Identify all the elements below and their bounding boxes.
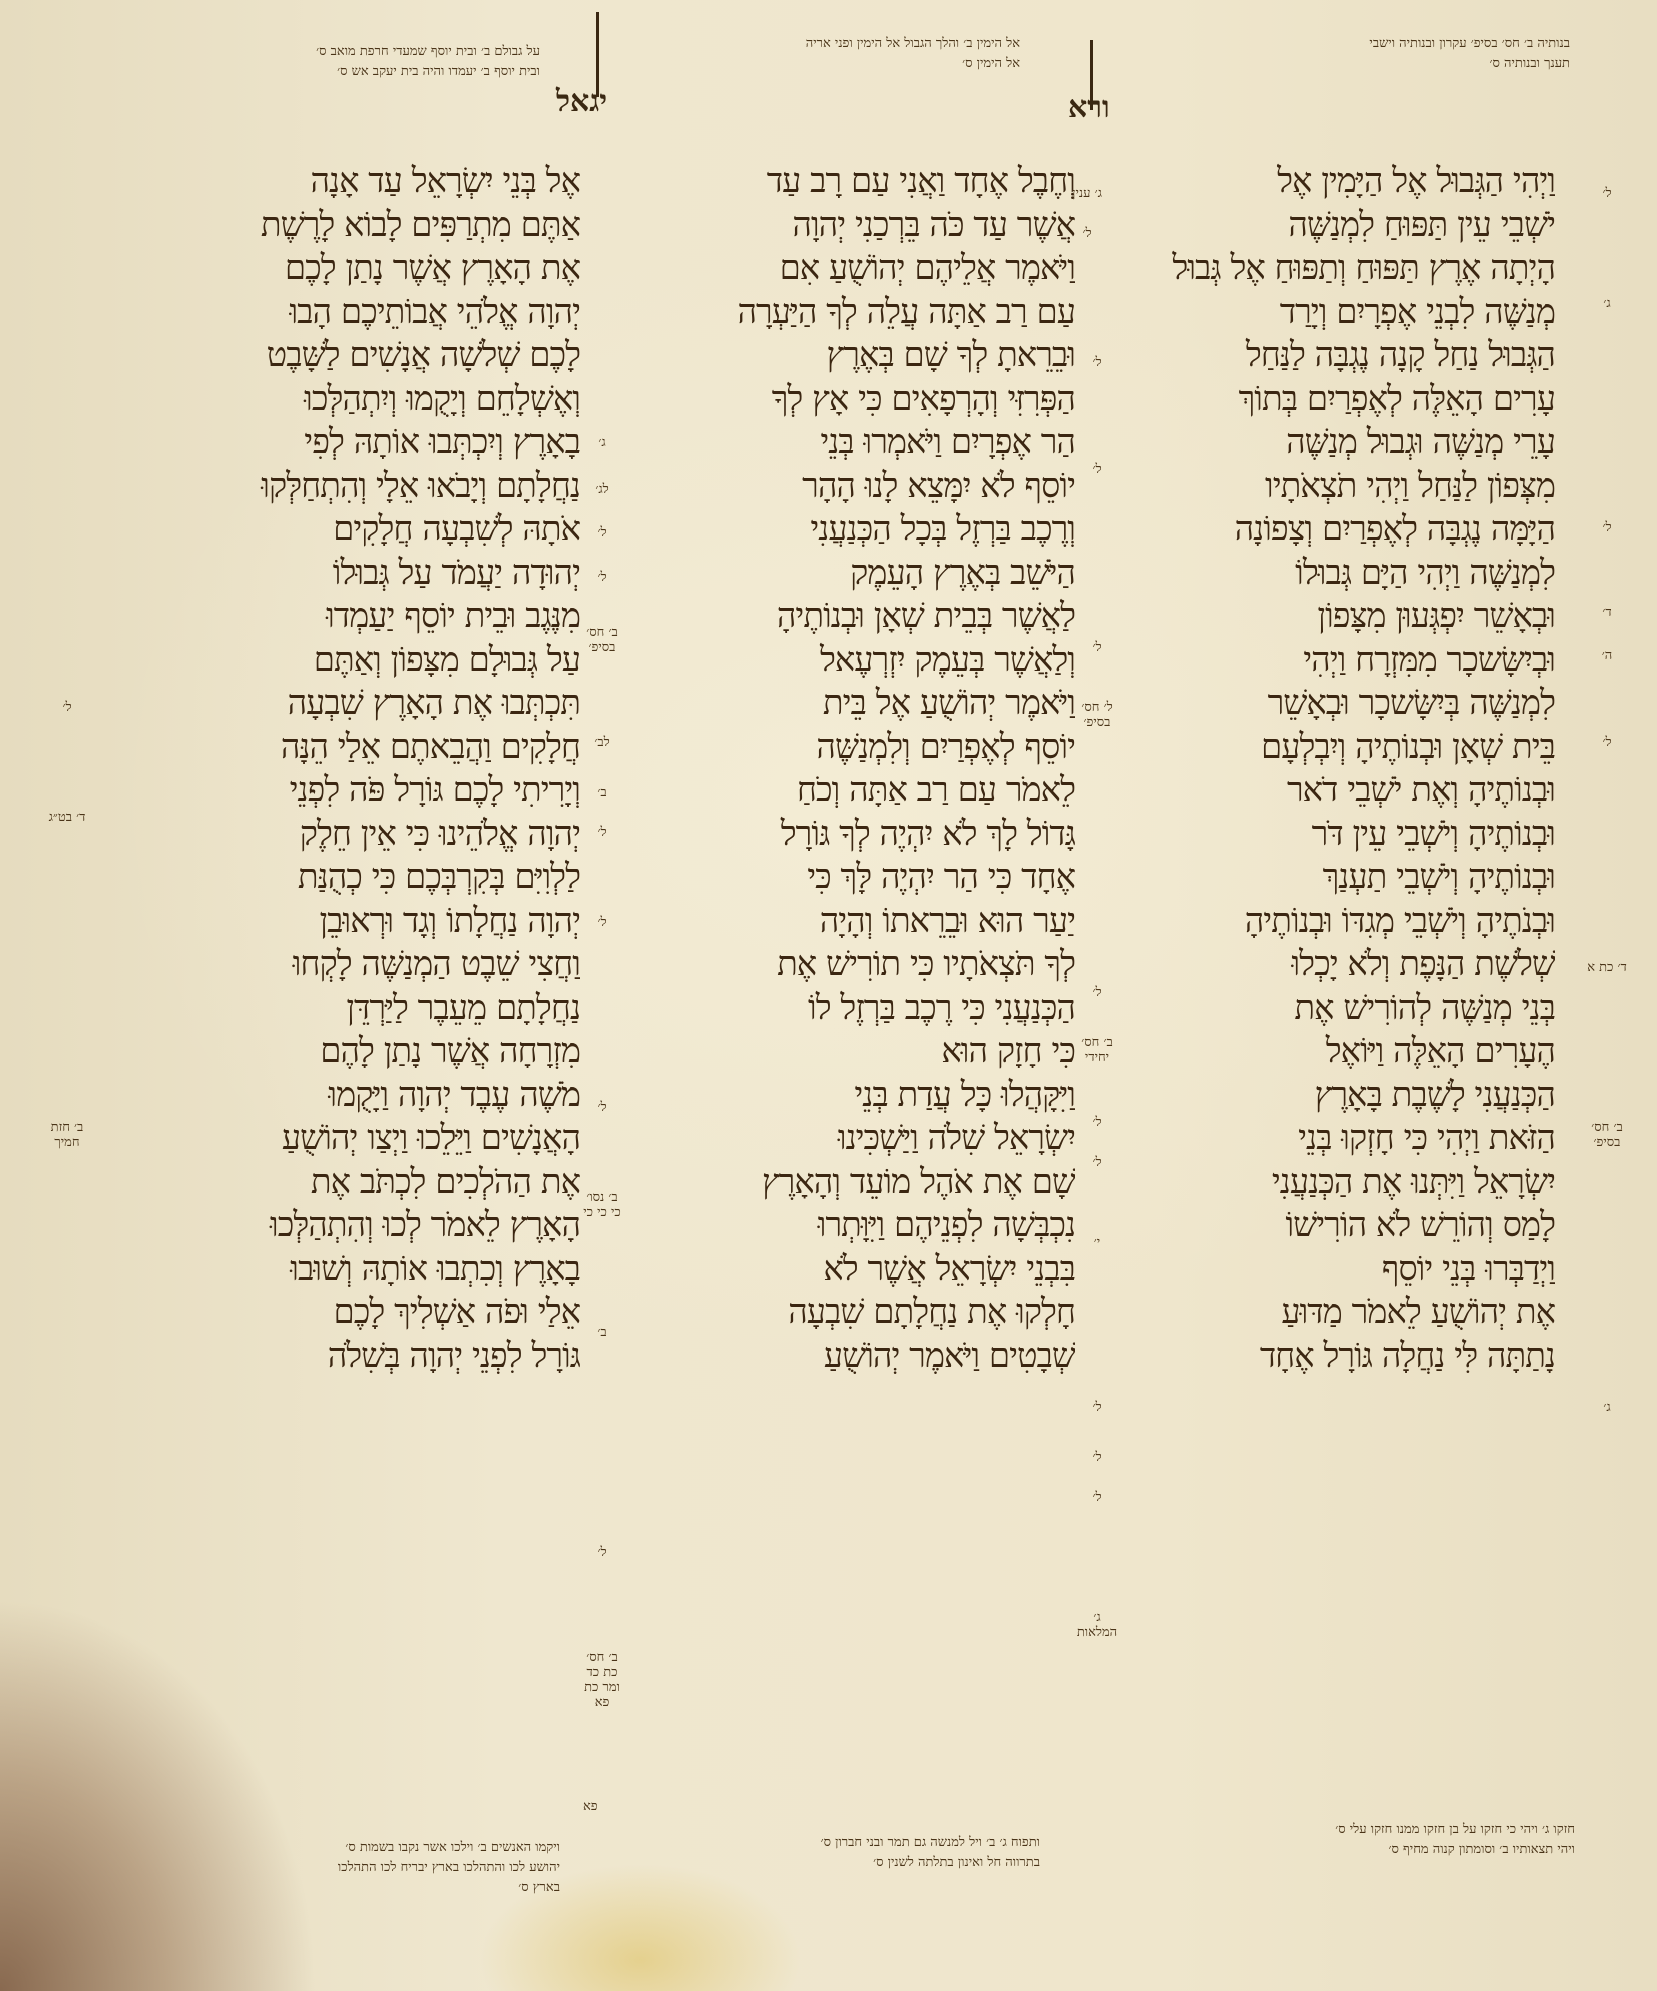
masora-parva-note: לג׳ [580, 482, 624, 497]
text-line: לַלְוִיִּם בְּקִרְבְּכֶם כִּי כְהֻנַּת [130, 856, 580, 900]
text-line: שְׁבָטִים וַיֹּאמֶר יְהוֹשֻׁעַ [635, 1335, 1075, 1379]
text-line: וּבְאָשֵׁר יִפְגְּעוּן מִצָּפוֹן [1110, 595, 1555, 639]
text-line: הָאָרֶץ לֵאמֹר לְכוּ וְהִתְהַלְּכוּ [130, 1204, 580, 1248]
text-column-left: אֶל בְּנֵי יִשְׂרָאֵל עַד אָנָהאַתֶּם מִ… [130, 160, 580, 1378]
masora-parva-note: ב׳ נסו׳ כי כי כי [580, 1190, 624, 1220]
text-line: לָכֶם שְׁלֹשָׁה אֲנָשִׁים לַשָּׁבֶט [130, 334, 580, 378]
masora-line: בארץ ס׳ [40, 1878, 560, 1898]
text-line: וְלַאֲשֶׁר בְּעֵמֶק יִזְרְעֶאל [635, 639, 1075, 683]
text-line: נַחֲלָתָם וְיָבֹאוּ אֵלָי וְהִתְחַלְּקוּ [130, 465, 580, 509]
text-line: בָאָרֶץ וְכִתְבוּ אוֹתָהּ וְשׁוּבוּ [130, 1248, 580, 1292]
masora-line: ותפוח ג׳ ב׳ ויל למנשה גם תמר ובני חברון … [560, 1833, 1040, 1853]
folio-marker: פא [583, 1798, 598, 1814]
text-line: וּבְנֹתֶיהָ וְיֹשְׁבֵי מְגִדּוֹ וּבְנוֹת… [1110, 900, 1555, 944]
text-line: לְךָ תֹּצְאֹתָיו כִּי תוֹרִישׁ אֶת [635, 943, 1075, 987]
text-line: הֶעָרִים הָאֵלֶּה וַיּוֹאֶל [1110, 1030, 1555, 1074]
bottom-masora-left: ויקמו האנשים ב׳ וילכו אשר נקבו בשמות ס׳ … [40, 1838, 560, 1898]
text-line: אֵלַי וּפֹה אַשְׁלִיךְ לָכֶם [130, 1291, 580, 1335]
text-line: הַזֹּאת וַיְהִי כִּי חָזְקוּ בְּנֵי [1110, 1117, 1555, 1161]
text-line: וּבֵרֵאתָ לְךָ שָׁם בְּאֶרֶץ [635, 334, 1075, 378]
text-line: יְהוָה אֱלֹהֵינוּ כִּי אֵין חֵלֶק [130, 813, 580, 857]
text-line: עָרֵי מְנַשֶּׁה וּגְבוּל מְנַשֶּׁה [1110, 421, 1555, 465]
masora-parva-note: ג׳ [580, 435, 624, 450]
text-line: חֲלָקִים וַהֲבֵאתֶם אֵלַי הֵנָּה [130, 726, 580, 770]
masora-line: תענך ובנותיה ס׳ [1050, 54, 1570, 74]
text-line: גָּדוֹל לָךְ לֹא יִהְיֶה לְךָ גּוֹרָל [635, 813, 1075, 857]
masora-parva-note: ג׳ [1585, 1400, 1629, 1415]
text-line: וַיֹּאמֶר אֲלֵיהֶם יְהוֹשֻׁעַ אִם [635, 247, 1075, 291]
text-line: אֶת הַהֹלְכִים לִכְתֹּב אֶת [130, 1161, 580, 1205]
masora-parva-note: ל׳ [1075, 355, 1119, 370]
bottom-masora-right: חזקו ג׳ ויהי כי חזקו על בן חזקו ממנו חזק… [1085, 1820, 1575, 1860]
text-line: לַאֲשֶׁר בְּבֵית שְׁאָן וּבְנוֹתֶיהָ [635, 595, 1075, 639]
masora-parva-note: ד׳ בט״ג [45, 810, 89, 825]
masora-parva-note: ב׳ [580, 785, 624, 800]
text-line: הַיָּמָּה נֶגְבָּה לְאֶפְרַיִם וְצָפוֹנָ… [1110, 508, 1555, 552]
text-line: וַיִּקָּהֲלוּ כָּל עֲדַת בְּנֵי [635, 1074, 1075, 1118]
masora-parva-note: ג׳ ענין [1065, 186, 1109, 201]
text-line: מְנַשֶּׁה לִבְנֵי אֶפְרָיִם וְיָרַד [1110, 291, 1555, 335]
masora-parva-note: ל׳ [1075, 1115, 1119, 1130]
masora-parva-note: ל׳ [1585, 186, 1629, 201]
masora-parva-note: לב׳ [580, 735, 624, 750]
masora-line: בנותיה ב׳ חס׳ בסיפ׳ עקרון ובנותיה וישבי [1050, 34, 1570, 54]
text-line: יְהוָה נַחֲלָתוֹ וְגָד וּרְאוּבֵן [130, 900, 580, 944]
text-line: יְהוּדָה יַעֲמֹד עַל גְּבוּלוֹ [130, 552, 580, 596]
masora-parva-note: ל׳ חס׳ בסיפ׳ [1075, 700, 1119, 730]
masora-parva-note: ל׳ [1075, 1490, 1119, 1505]
text-line: עַם רַב אַתָּה עֲלֵה לְךָ הַיַּעְרָה [635, 291, 1075, 335]
masora-parva-note: ל׳ [1585, 735, 1629, 750]
text-line: הַפְּרִזִּי וְהָרְפָאִים כִּי אָץ לְךָ [635, 378, 1075, 422]
text-line: לִמְנַשֶּׁה וַיְהִי הַיָּם גְּבוּלוֹ [1110, 552, 1555, 596]
text-line: וְיָרִיתִי לָכֶם גּוֹרָל פֹּה לִפְנֵי [130, 769, 580, 813]
text-line: וַיְהִי הַגְּבוּל אֶל הַיָּמִין אֶל [1110, 160, 1555, 204]
text-line: יִשְׂרָאֵל וַיִּתְּנוּ אֶת הַכְּנַעֲנִי [1110, 1161, 1555, 1205]
text-line: בִּבְנֵי יִשְׂרָאֵל אֲשֶׁר לֹא [635, 1248, 1075, 1292]
text-line: אֶל בְּנֵי יִשְׂרָאֵל עַד אָנָה [130, 160, 580, 204]
text-line: יִשְׂרָאֵל שִׁלֹה וַיַּשְׁכִּינוּ [635, 1117, 1075, 1161]
text-line: נַחֲלָתָם מֵעֵבֶר לַיַּרְדֵּן [130, 987, 580, 1031]
text-line: מִנֶּגֶב וּבֵית יוֹסֵף יַעַמְדוּ [130, 595, 580, 639]
text-line: יוֹסֵף לְאֶפְרַיִם וְלִמְנַשֶּׁה [635, 726, 1075, 770]
masora-line: אל הימין ס׳ [560, 54, 1020, 74]
text-line: עַל גְּבוּלָם מִצָּפוֹן וְאַתֶּם [130, 639, 580, 683]
masora-line: חזקו ג׳ ויהי כי חזקו על בן חזקו ממנו חזק… [1085, 1820, 1575, 1840]
text-line: בֵּית שְׁאָן וּבְנוֹתֶיהָ וְיִבְלְעָם [1110, 726, 1555, 770]
masora-line: אל הימין ב׳ והלך הגבול אל הימין ופני ארי… [560, 34, 1020, 54]
text-line: אֶת יְהוֹשֻׁעַ לֵאמֹר מַדּוּעַ [1110, 1291, 1555, 1335]
masora-parva-note: ל׳ [580, 570, 624, 585]
text-line: הַר אֶפְרָיִם וַיֹּאמְרוּ בְּנֵי [635, 421, 1075, 465]
text-line: לָמַס וְהוֹרֵשׁ לֹא הוֹרִישׁוֹ [1110, 1204, 1555, 1248]
text-line: וַיְדַבְּרוּ בְּנֵי יוֹסֵף [1110, 1248, 1555, 1292]
masora-parva-note: ב׳ חס׳ בסיפ׳ [580, 625, 624, 655]
text-line: הַכְּנַעֲנִי כִּי רֶכֶב בַּרְזֶל לוֹ [635, 987, 1075, 1031]
text-line: וּבְיִשָּׂשכָר מִמִּזְרָח וַיְהִי [1110, 639, 1555, 683]
text-column-right: וַיְהִי הַגְּבוּל אֶל הַיָּמִין אֶליֹשְׁ… [1110, 160, 1555, 1378]
text-line: הַיֹּשֵׁב בְּאֶרֶץ הָעֵמֶק [635, 552, 1075, 596]
masora-parva-note: ה׳ [1585, 648, 1629, 663]
text-line: לֵאמֹר עַם רַב אַתָּה וְכֹחַ [635, 769, 1075, 813]
top-masora-middle: אל הימין ב׳ והלך הגבול אל הימין ופני ארי… [560, 34, 1020, 74]
masora-parva-note: ב׳ חס׳ בסיפ׳ [1585, 1120, 1629, 1150]
masora-parva-note: ד׳ כת א [1585, 960, 1629, 975]
text-line: וְחֶבֶל אֶחָד וַאֲנִי עַם רָב עַד [635, 160, 1075, 204]
masora-parva-note: ל׳ [1065, 226, 1109, 241]
catchword-left: יגאל [556, 84, 607, 119]
masora-parva-note: ב׳ חזת חמיך [45, 1120, 89, 1150]
text-line: שְׁלֹשֶׁת הַנָּפֶת וְלֹא יָכְלוּ [1110, 943, 1555, 987]
text-line: מֹשֶׁה עֶבֶד יְהוָה וַיָּקֻמוּ [130, 1074, 580, 1118]
top-masora-left: על גבולם ב׳ ובית יוסף שמעדי חרפת מואב ס׳… [60, 42, 540, 82]
text-line: אֶת הָאָרֶץ אֲשֶׁר נָתַן לָכֶם [130, 247, 580, 291]
text-line: בָאָרֶץ וְיִכְתְּבוּ אוֹתָהּ לְפִי [130, 421, 580, 465]
text-line: שָׁם אֶת אֹהֶל מוֹעֵד וְהָאָרֶץ [635, 1161, 1075, 1205]
text-line: תִּכְתְּבוּ אֶת הָאָרֶץ שִׁבְעָה [130, 682, 580, 726]
text-line: וְאֶשְׁלָחֵם וְיָקֻמוּ וְיִתְהַלְּכוּ [130, 378, 580, 422]
text-line: יְהוָה אֱלֹהֵי אֲבוֹתֵיכֶם הָבוּ [130, 291, 580, 335]
text-line: וַחֲצִי שֵׁבֶט הַמְנַשֶּׁה לָקְחוּ [130, 943, 580, 987]
text-line: אֹתָהּ לְשִׁבְעָה חֲלָקִים [130, 508, 580, 552]
text-line: וּבְנוֹתֶיהָ וְיֹשְׁבֵי תַעְנַךְ [1110, 856, 1555, 900]
text-column-middle: וְחֶבֶל אֶחָד וַאֲנִי עַם רָב עַדאֲשֶׁר … [635, 160, 1075, 1378]
masora-line: ויקמו האנשים ב׳ וילכו אשר נקבו בשמות ס׳ [40, 1838, 560, 1858]
masora-parva-note: ל׳ [1075, 1155, 1119, 1170]
masora-parva-note: ב׳ חס׳ יחידי [1075, 1035, 1119, 1065]
text-line: כִּי חָזָק הוּא [635, 1030, 1075, 1074]
masora-line: בתרווה חל ואינון בתלתה לשנין ס׳ [560, 1853, 1040, 1873]
masora-parva-note: ל׳ [45, 700, 89, 715]
text-line: הַגְּבוּל נַחַל קָנָה נֶגְבָּה לַנַּחַל [1110, 334, 1555, 378]
masora-line: על גבולם ב׳ ובית יוסף שמעדי חרפת מואב ס׳ [60, 42, 540, 62]
text-line: הָאֲנָשִׁים וַיֵּלֵכוּ וַיְצַו יְהוֹשֻׁע… [130, 1117, 580, 1161]
text-line: וְרֶכֶב בַּרְזֶל בְּכָל הַכְּנַעֲנִי [635, 508, 1075, 552]
masora-parva-note: ל׳ [1075, 1400, 1119, 1415]
text-line: נִכְבְּשָׁה לִפְנֵיהֶם וַיִּוָּתְרוּ [635, 1204, 1075, 1248]
text-line: בְּנֵי מְנַשֶּׁה לְהוֹרִישׁ אֶת [1110, 987, 1555, 1031]
masora-parva-note: ב׳ חס׳ כת כד ומר כת פא [580, 1650, 624, 1710]
masora-parva-note: ל׳ [580, 525, 624, 540]
masora-line: יהושע לכו והתהלכו בארץ יבריח לכו התהלכו [40, 1858, 560, 1878]
masora-parva-note: ל׳ [580, 825, 624, 840]
text-line: עָרִים הָאֵלֶּה לְאֶפְרַיִם בְּתוֹךְ [1110, 378, 1555, 422]
text-line: יֹשְׁבֵי עֵין תַּפּוּחַ לִמְנַשֶּׁה [1110, 204, 1555, 248]
masora-line: ובית יוסף ב׳ יעמדו והיה בית יעקב אש ס׳ [60, 62, 540, 82]
top-masora-right: בנותיה ב׳ חס׳ בסיפ׳ עקרון ובנותיה וישבי … [1050, 34, 1570, 74]
text-line: יַעַר הוּא וּבֵרֵאתוֹ וְהָיָה [635, 900, 1075, 944]
masora-parva-note: ג׳ המלאות [1075, 1610, 1119, 1640]
masora-parva-note: ל׳ [1585, 520, 1629, 535]
text-line: הָיְתָה אֶרֶץ תַּפּוּחַ וְתַפּוּחַ אֶל ג… [1110, 247, 1555, 291]
bottom-masora-middle: ותפוח ג׳ ב׳ ויל למנשה גם תמר ובני חברון … [560, 1833, 1040, 1873]
text-line: חָלְקוּ אֶת נַחֲלָתָם שִׁבְעָה [635, 1291, 1075, 1335]
text-line: יוֹסֵף לֹא יִמָּצֵא לָנוּ הָהָר [635, 465, 1075, 509]
masora-parva-note: י׳ [1075, 1235, 1119, 1250]
text-line: לִמְנַשֶּׁה בְּיִשָּׂשכָר וּבְאָשֵׁר [1110, 682, 1555, 726]
text-line: וּבְנוֹתֶיהָ וְיֹשְׁבֵי עֵין דֹּר [1110, 813, 1555, 857]
text-line: אַתֶּם מִתְרַפִּים לָבוֹא לָרֶשֶׁת [130, 204, 580, 248]
text-line: וּבְנוֹתֶיהָ וְאֶת יֹשְׁבֵי דֹאר [1110, 769, 1555, 813]
text-line: אֲשֶׁר עַד כֹּה בֵּרְכַנִי יְהוָה [635, 204, 1075, 248]
text-line: נָתַתָּה לִּי נַחֲלָה גּוֹרָל אֶחָד [1110, 1335, 1555, 1379]
masora-parva-note: ל׳ [1075, 985, 1119, 1000]
text-line: גּוֹרָל לִפְנֵי יְהוָה בְּשִׁלֹה [130, 1335, 580, 1379]
masora-parva-note: ל׳ [580, 1100, 624, 1115]
text-line: מִזְרָחָה אֲשֶׁר נָתַן לָהֶם [130, 1030, 580, 1074]
masora-parva-note: ל׳ [580, 1545, 624, 1560]
masora-parva-note: ל׳ [580, 915, 624, 930]
masora-parva-note: ד׳ [1585, 605, 1629, 620]
text-line: מִצְּפוֹן לַנַּחַל וַיְהִי תֹצְאֹתָיו [1110, 465, 1555, 509]
masora-parva-note: ל׳ [1075, 640, 1119, 655]
masora-parva-note: ל׳ [1075, 1450, 1119, 1465]
catchword-right: ורא [1068, 90, 1110, 125]
masora-line: ויהי תצאותיו ב׳ וסומתון קנוה מחיף ס׳ [1085, 1840, 1575, 1860]
text-line: וַיֹּאמֶר יְהוֹשֻׁעַ אֶל בֵּית [635, 682, 1075, 726]
manuscript-page: בנותיה ב׳ חס׳ בסיפ׳ עקרון ובנותיה וישבי … [0, 0, 1657, 1991]
text-line: הַכְּנַעֲנִי לָשֶׁבֶת בָּאָרֶץ [1110, 1074, 1555, 1118]
masora-parva-note: ל׳ [1075, 462, 1119, 477]
masora-parva-note: ג׳ [1585, 296, 1629, 311]
text-line: אֶחָד כִּי הַר יִהְיֶה לָּךְ כִּי [635, 856, 1075, 900]
masora-parva-note: ב׳ [580, 1325, 624, 1340]
